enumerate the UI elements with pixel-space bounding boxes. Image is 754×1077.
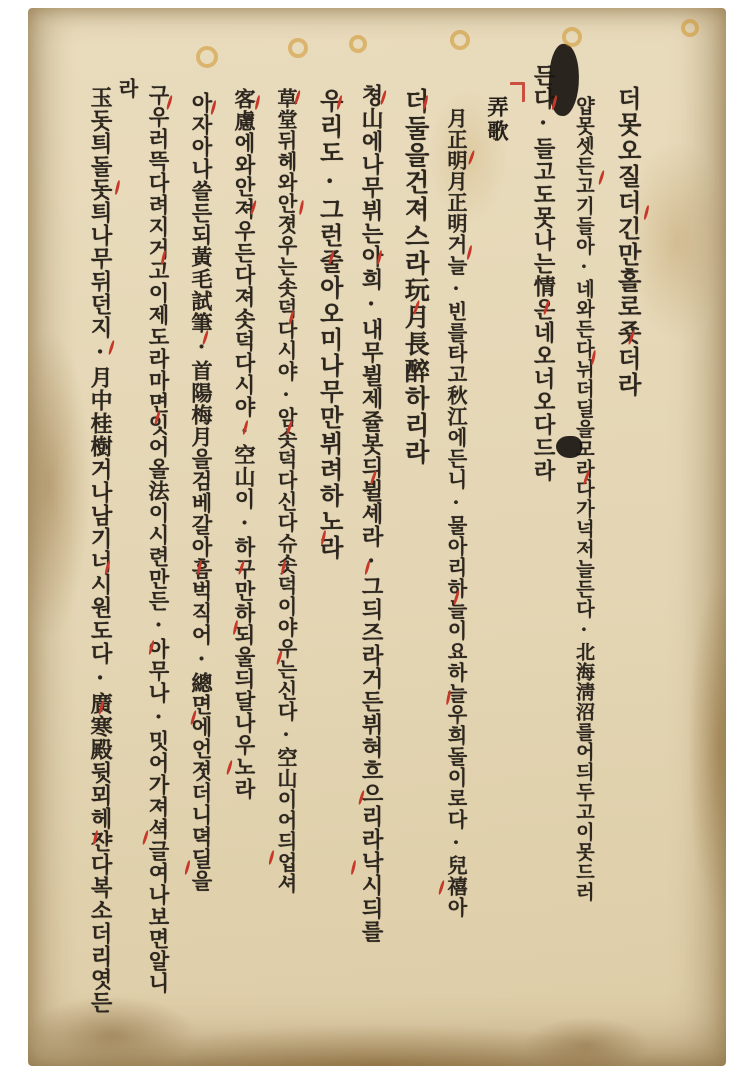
manuscript-column-2: 얍못셋든고기들아·네와든다뉘더딜을모라다가넉저늘든다·北海淸沼를어듸두고이못드러 bbox=[573, 96, 593, 902]
red-title-bracket-mark bbox=[510, 82, 525, 102]
manuscript-column-10: 아자아나쓸든되黃毛試筆·首陽梅月을검베갈아흠벅직어·總면에언졋더니뎍딜을 bbox=[190, 92, 212, 892]
stain-ring bbox=[349, 35, 367, 53]
section-title: 弄歌 bbox=[486, 96, 508, 144]
manuscript-column-6: 쳥山에나무뷔는아희·내무뷜제쥴봇듸뷜셰라·그듸즈라거든뷔혀흐으리라낙시듸를 bbox=[359, 84, 382, 943]
manuscript-column-3: 든다·들고도못나는情은네오너오다드라 bbox=[531, 64, 554, 482]
manuscript-column-1: 더못오질더긴만홀로죳더라 bbox=[615, 86, 640, 398]
stain-ring bbox=[288, 38, 308, 58]
manuscript-column-9: 客慮에와안져우든다져솟덕다시야·空山이·하구만하되울듸달나우노라 bbox=[233, 88, 255, 800]
stain-ring bbox=[562, 27, 582, 47]
manuscript-column-11: 구우러뜩다려지거고이제도라마면잇어올法이시련만든·아무나·밋어가져셕글여나보면알… bbox=[147, 84, 169, 994]
paper-sheet: 弄歌 더못오질더긴만홀로죳더라 얍못셋든고기들아·네와든다뉘더딜을모라다가넉저늘… bbox=[28, 8, 726, 1066]
red-reading-mark bbox=[468, 150, 476, 165]
red-reading-mark bbox=[298, 200, 304, 215]
stain-ring bbox=[196, 46, 218, 68]
red-reading-mark bbox=[350, 860, 357, 875]
stain-ring bbox=[450, 30, 470, 50]
manuscript-column-5: 더둘을건져스라玩月長醉하리라 bbox=[402, 88, 428, 466]
stain-ring bbox=[681, 19, 699, 37]
red-reading-mark bbox=[598, 170, 605, 185]
red-reading-mark bbox=[114, 180, 121, 195]
manuscript-photo: 弄歌 더못오질더긴만홀로죳더라 얍못셋든고기들아·네와든다뉘더딜을모라다가넉저늘… bbox=[0, 0, 754, 1077]
red-reading-mark bbox=[643, 205, 650, 220]
manuscript-column-8: 草堂뒤헤와안졋우는솟덕다시야·암솟덕다신다슈솟덕이야우는신다·空山이어듸업셔 bbox=[275, 88, 296, 894]
manuscript-column-12-carryover: 라 bbox=[116, 78, 137, 98]
manuscript-column-4: 月正明月正明거늘·빈를타고秋江에든니·물아리하늘이요하늘우희돌이로다·兒禧아 bbox=[445, 108, 466, 918]
manuscript-column-13: 玉돗틔돌돗틔나무뒤던지·月中桂樹거나남기너시원도다·廣寒殿뒷뫼헤쟌다복소더리엿든 bbox=[88, 86, 111, 1014]
manuscript-column-7: 우리도·그런줄아오미나무만뷔려하노라 bbox=[317, 88, 342, 561]
ink-blot bbox=[556, 436, 582, 458]
